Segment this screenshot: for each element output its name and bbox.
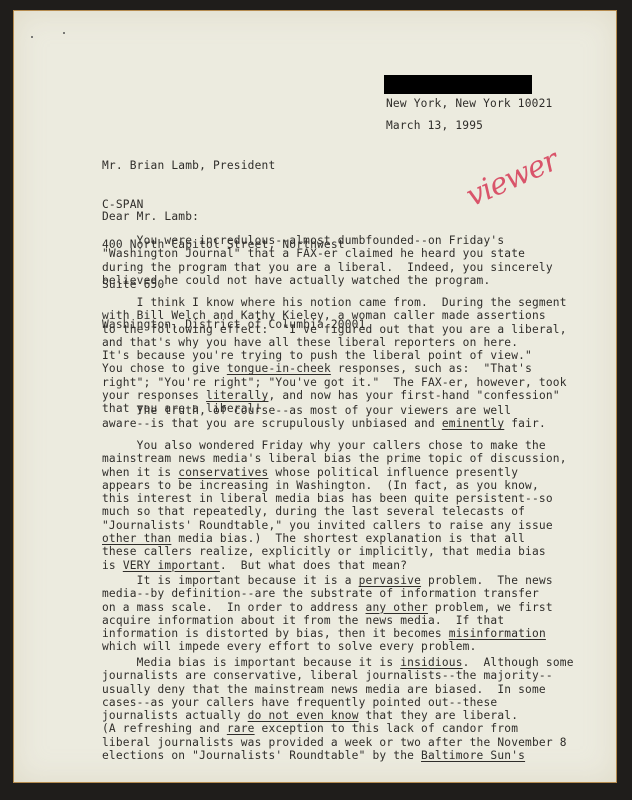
text-segment: . But what does that mean? <box>220 559 407 572</box>
text-segment: elections on "Journalists' Roundtable" b… <box>102 749 421 762</box>
text-segment: Media bias is important because it is <box>102 656 400 669</box>
text-segment: problem. The news <box>421 574 553 587</box>
text-segment: It is important because it is a <box>102 574 359 587</box>
underlined-text: literally <box>206 389 268 402</box>
text-line: with Bill Welch and Kathy Kieley, a woma… <box>102 309 567 322</box>
recipient-line: Mr. Brian Lamb, President <box>102 159 366 172</box>
text-line: believed he could not have actually watc… <box>102 274 553 287</box>
text-segment: media bias.) The shortest explanation is… <box>171 532 525 545</box>
text-line: on a mass scale. In order to address any… <box>102 601 553 614</box>
text-segment: The truth, of course--as most of your vi… <box>102 404 511 417</box>
text-segment: believed he could not have actually watc… <box>102 274 490 287</box>
text-line: It's because you're trying to push the l… <box>102 349 567 362</box>
text-line: You chose to give tongue-in-cheek respon… <box>102 362 567 375</box>
text-line: is VERY important. But what does that me… <box>102 559 567 572</box>
text-segment: cases--as your callers have frequently p… <box>102 696 497 709</box>
text-segment: I think I know where his notion came fro… <box>102 296 567 309</box>
text-line: this interest in liberal media bias has … <box>102 492 567 505</box>
paragraph: The truth, of course--as most of your vi… <box>102 404 546 431</box>
text-segment: media--by definition--are the substrate … <box>102 587 539 600</box>
underlined-text: insidious <box>400 656 462 669</box>
text-segment: these callers realize, explicitly or imp… <box>102 545 546 558</box>
text-segment: whose political influence presently <box>268 466 518 479</box>
text-segment: which will impede every effort to solve … <box>102 640 477 653</box>
text-line: "Journalists' Roundtable," you invited c… <box>102 519 567 532</box>
underlined-text: VERY important <box>123 559 220 572</box>
underlined-text: pervasive <box>359 574 421 587</box>
text-segment: acquire information about it from the ne… <box>102 614 504 627</box>
text-line: elections on "Journalists' Roundtable" b… <box>102 749 574 762</box>
text-line: your responses literally, and now has yo… <box>102 389 567 402</box>
text-line: You were incredulous--almost dumbfounded… <box>102 234 553 247</box>
text-line: It is important because it is a pervasiv… <box>102 574 553 587</box>
text-segment: . Although some <box>463 656 574 669</box>
text-segment: journalists actually <box>102 709 248 722</box>
text-line: You also wondered Friday why your caller… <box>102 439 567 452</box>
text-segment: and that's why you have all these libera… <box>102 336 518 349</box>
text-segment: "Journalists' Roundtable," you invited c… <box>102 519 553 532</box>
text-line: journalists are conservative, liberal jo… <box>102 669 574 682</box>
text-segment: fair. <box>504 417 546 430</box>
text-line: The truth, of course--as most of your vi… <box>102 404 546 417</box>
text-line: Media bias is important because it is in… <box>102 656 574 669</box>
text-segment: when it is <box>102 466 178 479</box>
text-line: when it is conservatives whose political… <box>102 466 567 479</box>
salutation: Dear Mr. Lamb: <box>102 210 199 223</box>
text-segment: liberal journalists was provided a week … <box>102 736 567 749</box>
text-segment: to the following effect: "I've figured o… <box>102 323 567 336</box>
text-line: and that's why you have all these libera… <box>102 336 567 349</box>
redacted-street-address <box>384 75 532 94</box>
underlined-text: other than <box>102 532 171 545</box>
text-line: to the following effect: "I've figured o… <box>102 323 567 336</box>
text-line: these callers realize, explicitly or imp… <box>102 545 567 558</box>
text-line: "Washington Journal" that a FAX-er claim… <box>102 247 553 260</box>
text-segment: appears to be increasing in Washington. … <box>102 479 539 492</box>
underlined-text: any other <box>366 601 428 614</box>
text-segment: aware--is that you are scrupulously unbi… <box>102 417 442 430</box>
text-line: other than media bias.) The shortest exp… <box>102 532 567 545</box>
text-segment: your responses <box>102 389 206 402</box>
text-segment: You also wondered Friday why your caller… <box>102 439 546 452</box>
text-line: liberal journalists was provided a week … <box>102 736 574 749</box>
underlined-text: tongue-in-cheek <box>227 362 331 375</box>
text-segment: (A refreshing and <box>102 722 227 735</box>
sender-location: New York, New York 10021 <box>386 97 552 110</box>
text-line: much so that repeatedly, during the last… <box>102 505 567 518</box>
text-segment: during the program that you are a libera… <box>102 261 553 274</box>
underlined-text: eminently <box>442 417 504 430</box>
text-segment: You were incredulous--almost dumbfounded… <box>102 234 504 247</box>
text-segment: It's because you're trying to push the l… <box>102 349 532 362</box>
text-line: aware--is that you are scrupulously unbi… <box>102 417 546 430</box>
paper-speck <box>63 32 65 34</box>
underlined-text: misinformation <box>449 627 546 640</box>
text-segment: right"; "You're right"; "You've got it."… <box>102 376 567 389</box>
underlined-text: do not even know <box>248 709 359 722</box>
text-segment: journalists are conservative, liberal jo… <box>102 669 553 682</box>
text-line: acquire information about it from the ne… <box>102 614 553 627</box>
text-line: mainstream news media's liberal bias the… <box>102 452 567 465</box>
letter-date: March 13, 1995 <box>386 119 483 132</box>
text-segment: , and now has your first-hand "confessio… <box>268 389 559 402</box>
text-segment: exception to this lack of candor from <box>255 722 519 735</box>
text-segment: that they are liberal. <box>359 709 519 722</box>
text-segment: is <box>102 559 123 572</box>
paragraph: Media bias is important because it is in… <box>102 656 574 762</box>
paragraph: It is important because it is a pervasiv… <box>102 574 553 654</box>
text-segment: on a mass scale. In order to address <box>102 601 366 614</box>
text-segment: with Bill Welch and Kathy Kieley, a woma… <box>102 309 546 322</box>
text-segment: mainstream news media's liberal bias the… <box>102 452 567 465</box>
text-segment: much so that repeatedly, during the last… <box>102 505 525 518</box>
paragraph: You also wondered Friday why your caller… <box>102 439 567 572</box>
underlined-text: Baltimore Sun's <box>421 749 525 762</box>
text-segment: usually deny that the mainstream news me… <box>102 683 546 696</box>
text-line: journalists actually do not even know th… <box>102 709 574 722</box>
text-line: which will impede every effort to solve … <box>102 640 553 653</box>
text-line: appears to be increasing in Washington. … <box>102 479 567 492</box>
text-line: right"; "You're right"; "You've got it."… <box>102 376 567 389</box>
text-line: cases--as your callers have frequently p… <box>102 696 574 709</box>
text-line: I think I know where his notion came fro… <box>102 296 567 309</box>
underlined-text: rare <box>227 722 255 735</box>
paragraph: I think I know where his notion came fro… <box>102 296 567 416</box>
letter-page: New York, New York 10021 March 13, 1995 … <box>14 11 616 782</box>
text-line: during the program that you are a libera… <box>102 261 553 274</box>
text-segment: information is distorted by bias, then i… <box>102 627 449 640</box>
underlined-text: conservatives <box>178 466 268 479</box>
paragraph: You were incredulous--almost dumbfounded… <box>102 234 553 287</box>
text-segment: problem, we first <box>428 601 553 614</box>
text-segment: You chose to give <box>102 362 227 375</box>
text-segment: this interest in liberal media bias has … <box>102 492 553 505</box>
text-line: (A refreshing and rare exception to this… <box>102 722 574 735</box>
text-line: information is distorted by bias, then i… <box>102 627 553 640</box>
text-line: usually deny that the mainstream news me… <box>102 683 574 696</box>
text-segment: "Washington Journal" that a FAX-er claim… <box>102 247 525 260</box>
text-line: media--by definition--are the substrate … <box>102 587 553 600</box>
handwritten-note: viewer <box>461 143 563 214</box>
text-segment: responses, such as: "That's <box>331 362 532 375</box>
paper-speck <box>31 36 33 38</box>
